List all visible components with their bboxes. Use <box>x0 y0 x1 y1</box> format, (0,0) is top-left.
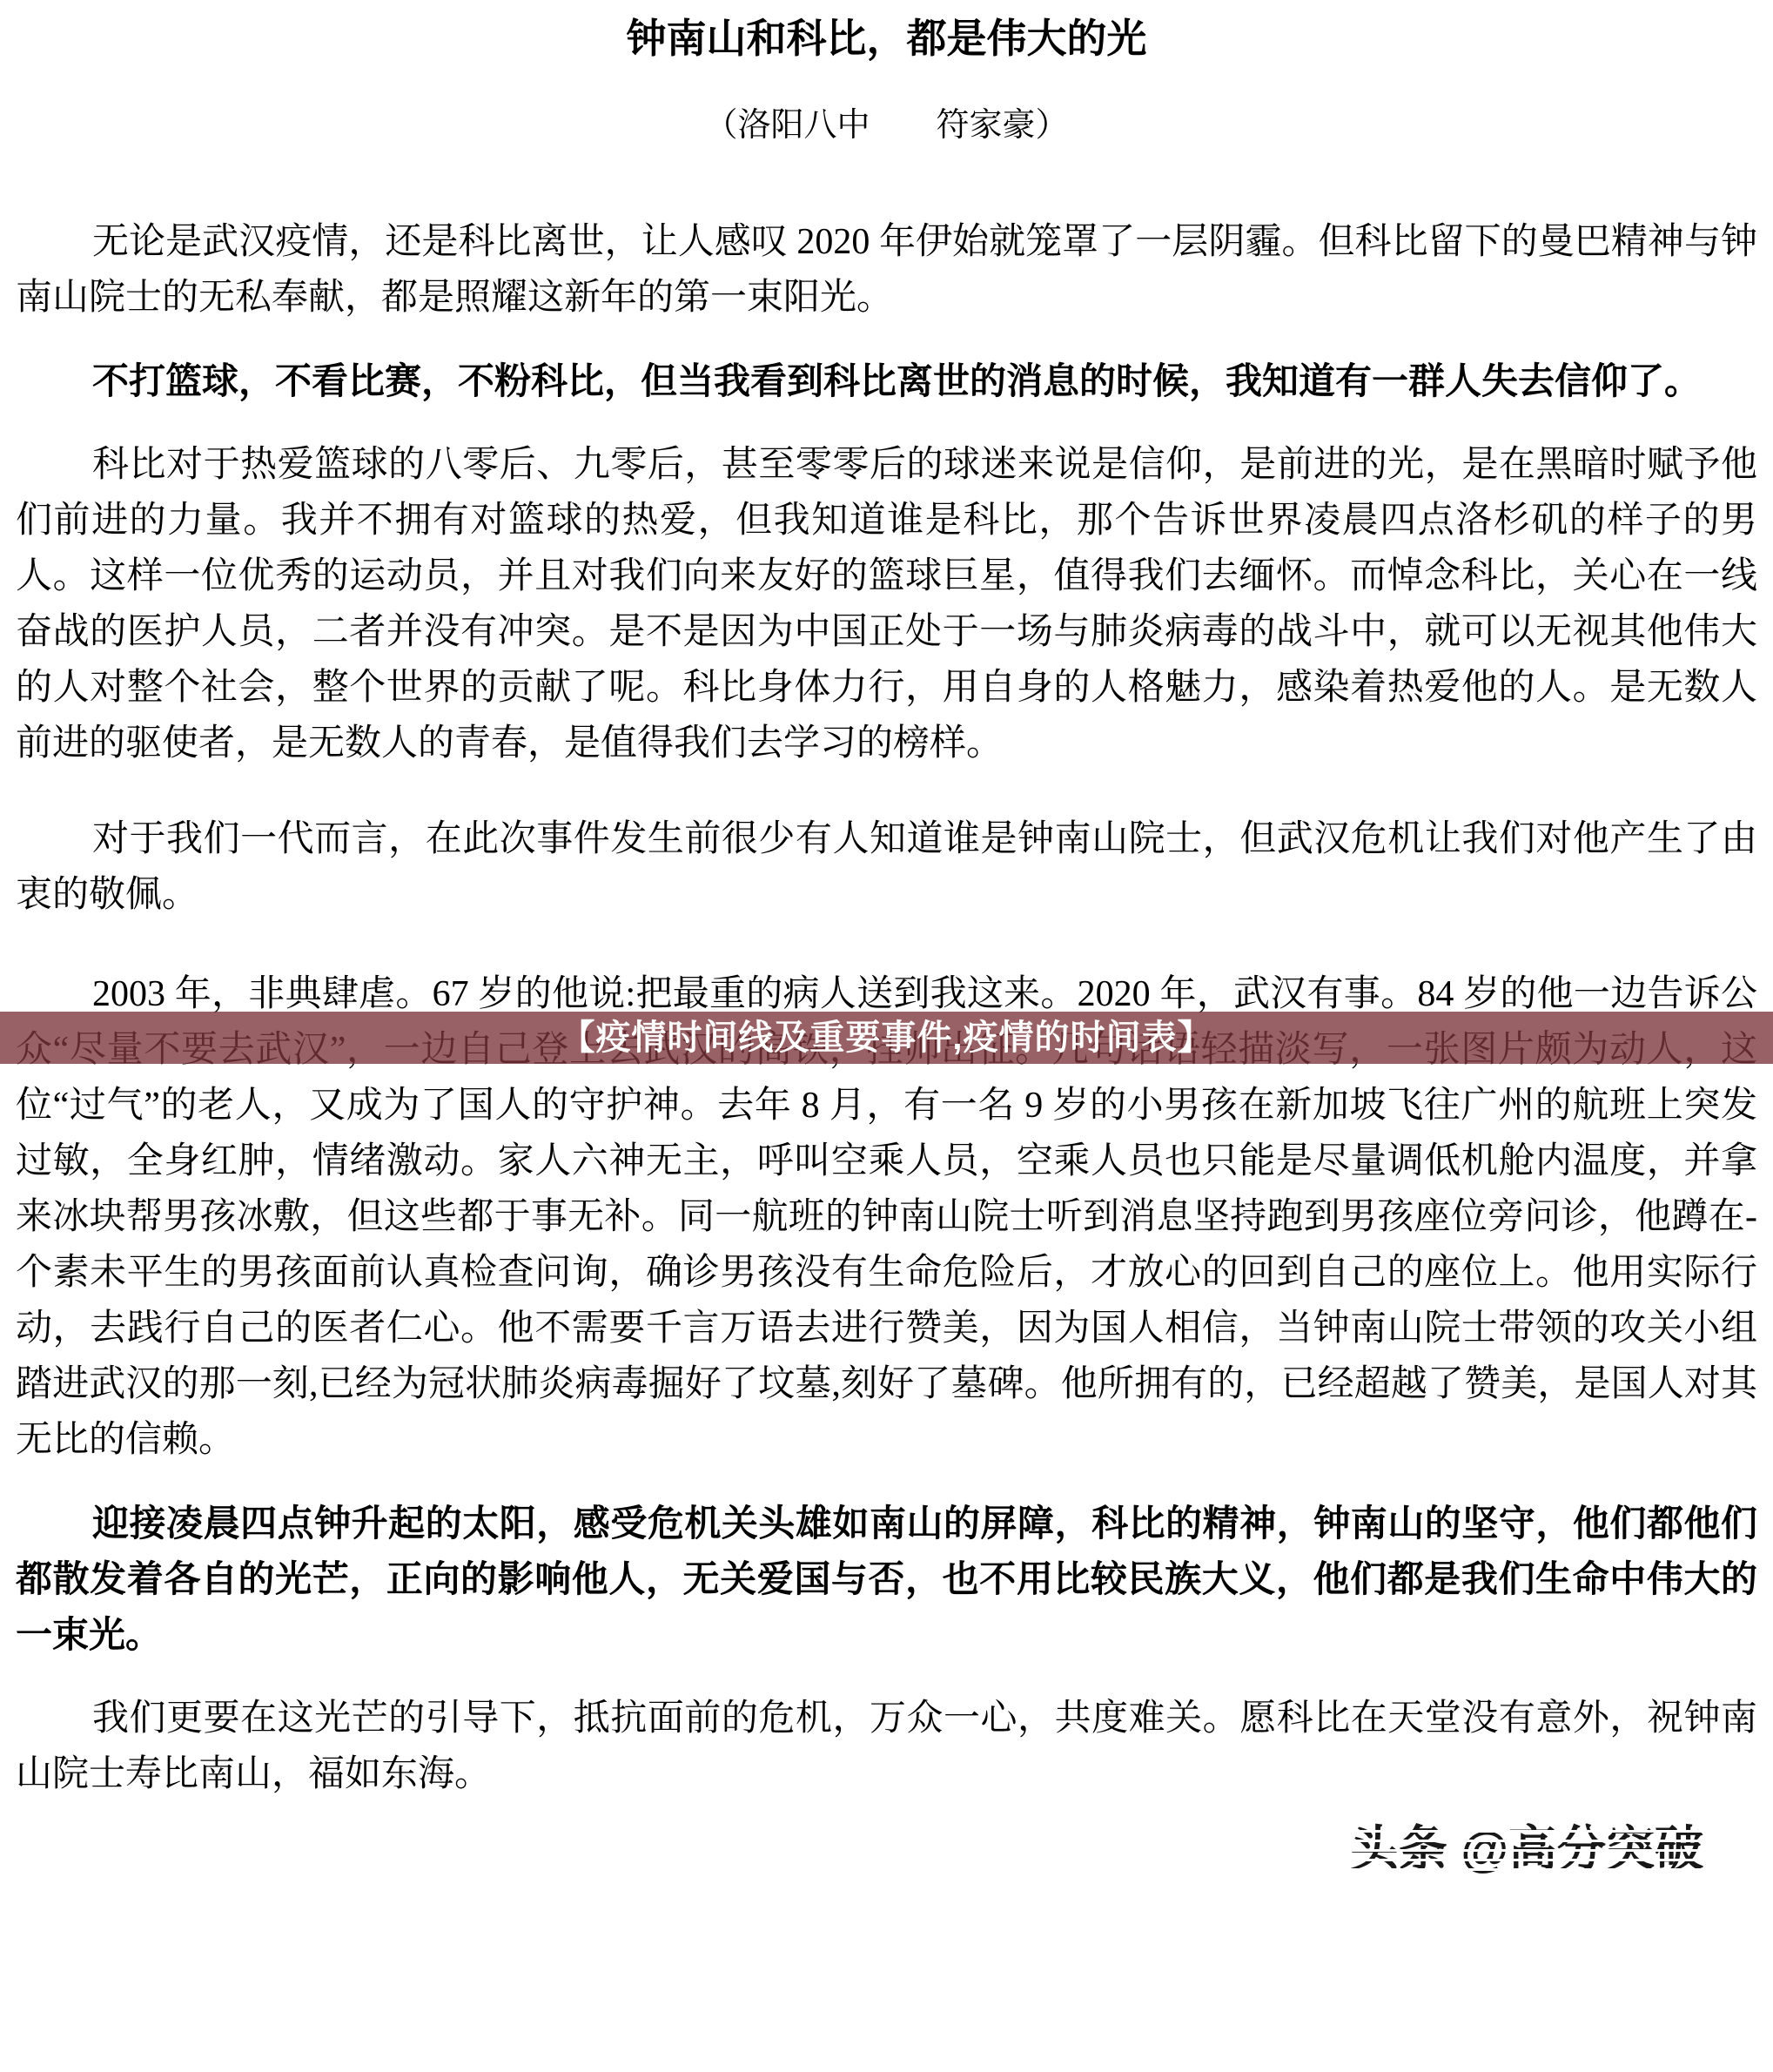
article-body: 钟南山和科比，都是伟大的光 （洛阳八中 符家豪） 无论是武汉疫情，还是科比离世，… <box>0 0 1773 1875</box>
article-byline: （洛阳八中 符家豪） <box>16 103 1757 148</box>
topic-overlay-banner-text: 【疫情时间线及重要事件,疫情的时间表】 <box>560 1012 1212 1064</box>
paragraph-bold-light: 迎接凌晨四点钟升起的太阳，感受危机关头雄如南山的屏障，科比的精神，钟南山的坚守，… <box>16 1496 1757 1663</box>
paragraph-closing: 我们更要在这光芒的引导下，抵抗面前的危机，万众一心，共度难关。愿科比在天堂没有意… <box>16 1691 1757 1802</box>
watermark-row: 头条 @高分突破 <box>16 1823 1757 1875</box>
document-page: 钟南山和科比，都是伟大的光 （洛阳八中 符家豪） 无论是武汉疫情，还是科比离世，… <box>0 0 1773 2072</box>
topic-overlay-banner: 【疫情时间线及重要事件,疫情的时间表】 <box>0 1012 1773 1064</box>
paragraph-zhongnanshan-intro: 对于我们一代而言，在此次事件发生前很少有人知道谁是钟南山院士，但武汉危机让我们对… <box>16 811 1757 923</box>
article-title: 钟南山和科比，都是伟大的光 <box>16 12 1757 64</box>
paragraph-intro: 无论是武汉疫情，还是科比离世，让人感叹 2020 年伊始就笼罩了一层阴霾。但科比… <box>16 214 1757 326</box>
paragraph-kobe: 科比对于热爱篮球的八零后、九零后，甚至零零后的球迷来说是信仰，是前进的光，是在黑… <box>16 437 1757 771</box>
paragraph-bold-belief: 不打篮球，不看比赛，不粉科比，但当我看到科比离世的消息的时候，我知道有一群人失去… <box>16 353 1757 409</box>
toutiao-watermark: 头条 @高分突破 <box>1350 1823 1703 1875</box>
